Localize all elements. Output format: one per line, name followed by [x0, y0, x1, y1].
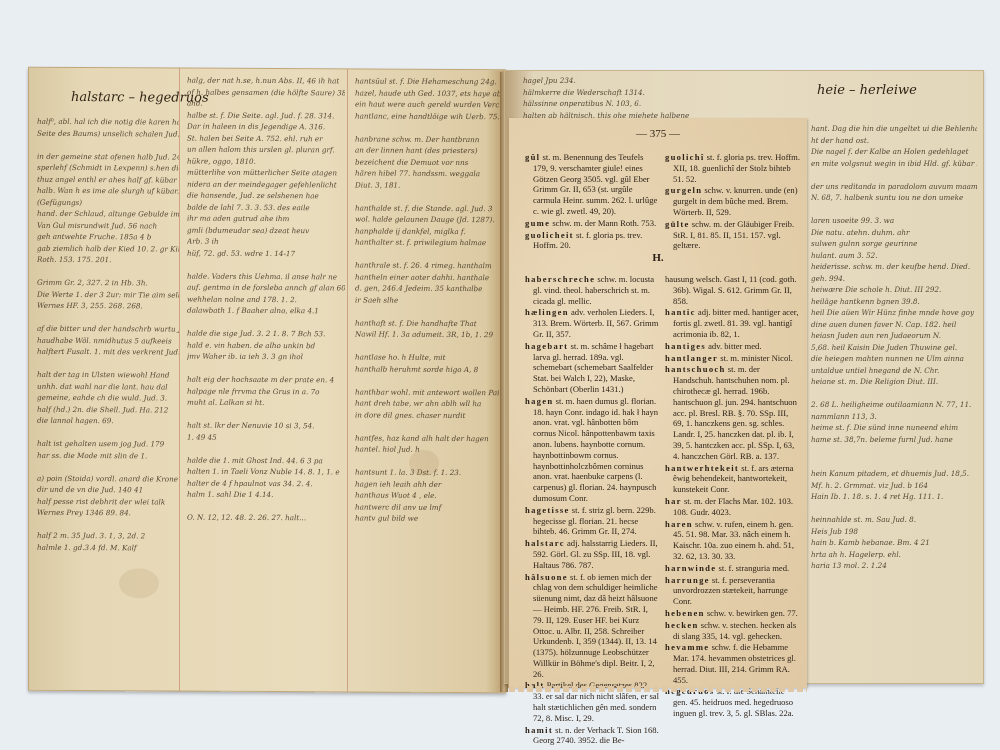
handwritten-line: hanphalde ij dankfel, miglka f. [355, 225, 503, 237]
handwritten-line [811, 169, 977, 181]
handwritten-line: en mite volgsnut wegin in ibid Hld. gf. … [811, 158, 977, 170]
handwritten-line [811, 204, 977, 216]
printed-column-lower-right: hausung welsch. Gast I, 11 (cod. goth. 3… [665, 274, 801, 720]
handwritten-line: Nawil Hf. 1. 3a adumeit. 3R, 1b, 1. 29 [355, 328, 503, 340]
handwritten-line: auf. gentmo in de forsleba annch gf alan… [187, 282, 345, 294]
handwritten-line: halbe st. f. Die Seite. agl. Jud. f. 28.… [187, 109, 345, 121]
entry-lemma: haberschreche [525, 274, 595, 284]
handwritten-line: hantheln einer aoter dahhi. hanthale [355, 271, 503, 283]
handwritten-line: Heis Jub 198 [811, 526, 977, 538]
handwritten-line: heiane st. m. Die Religion Diut. III. [811, 376, 977, 388]
dictionary-entry: hamit st. n. der Verhack T. Sion 168. Ge… [525, 725, 659, 747]
handwritten-line: hanthaus Wuot 4 , ele. [355, 489, 503, 501]
handwritten-line: laren usoeite 99. 3. wa [811, 215, 977, 227]
entry-lemma: harrunge [665, 575, 710, 585]
handwritten-line: haria 13 mol. 2. 1.24 [811, 560, 977, 572]
handwritten-line [37, 311, 179, 323]
handwritten-line: ir Saeh slhe [355, 294, 503, 306]
handwritten-line: halm 1. sahl Die 1 4.14. [187, 489, 345, 501]
dictionary-entry: hantwerhtekeit st. f. ars æterna êwig be… [665, 463, 801, 495]
handwritten-line: hüf, 72. gd. 53. wdre 1. 14-17 [187, 247, 345, 259]
dictionary-entry: gurgeln schw. v. knurren. unde (en) gurg… [665, 185, 801, 217]
handwritten-line: muht al. Lalkan si ht. [187, 397, 345, 409]
entry-lemma: gume [525, 218, 550, 228]
dictionary-entry: hantlanger st. m. minister Nicol. [665, 353, 801, 364]
handwritten-line: dir und de vn die Jud. 140 41 [37, 484, 179, 496]
handwritten-line: half 2 m. 35 Jud. 3. 1, 3, 2d. 2 [37, 530, 179, 542]
left-column-3: hantsüul st. f. Die Hehameschung 24g. 77… [355, 75, 503, 688]
handwritten-line [811, 388, 977, 400]
dictionary-entry: gume schw. m. der Mann Roth. 753. [525, 218, 659, 229]
handwritten-line: heil Die aüen Wir Hünz finhe mnde hove g… [811, 307, 977, 319]
handwritten-line: un allen halom this urslen gl. pluran gr… [187, 144, 345, 156]
entry-definition: adv. bitter med. [706, 341, 762, 351]
handwritten-line [37, 265, 179, 277]
handwritten-line: nammlann 113, 3. [811, 411, 977, 423]
handwritten-line: O. N. 12, 12. 48. 2. 26. 27. halt... [187, 512, 345, 524]
page-number: — 375 — [509, 128, 807, 140]
entry-definition: st. m. der Flachs Mar. 102. 103. 108. Gu… [673, 496, 793, 517]
entry-lemma: haren [665, 519, 693, 529]
handwritten-line: halt eig der hochsaate m der prate en. 4 [187, 374, 345, 386]
entry-definition: hausung welsch. Gast I, 11 (cod. goth. 3… [665, 274, 796, 306]
entry-definition: schw. v. bewirken gen. 77. [705, 608, 798, 618]
dictionary-entry: hagebart st. m. schâme ł hagebart larva … [525, 341, 659, 395]
entry-lemma: hagetisse [525, 505, 570, 515]
handwritten-line: hanthrale st. f. 26. 4 rimeg. hanthalm [355, 259, 503, 271]
handwritten-line: hantlase ho. h Hulte, mit [355, 351, 503, 363]
entry-definition: st. f. ob iemen mich der chlag von dem s… [533, 572, 658, 679]
dictionary-entry: hantiges adv. bitter med. [665, 341, 801, 352]
dictionary-entry: halstarc adj. halsstarrig Lieders. II, 5… [525, 538, 659, 570]
handwritten-line: Die nagel f. der Kalbe an Holen gedehlag… [811, 146, 977, 158]
handwritten-line [187, 408, 345, 420]
handwritten-line [355, 305, 503, 317]
handwritten-line: halter de 4 f hpaulnot vas 34. 2. 4. [187, 477, 345, 489]
printed-column-upper-left: gûl st. m. Benennung des Teufels 179, 9.… [525, 152, 659, 252]
dictionary-entry: hausung welsch. Gast I, 11 (cod. goth. 3… [665, 274, 801, 306]
handwritten-line: thuz angel enthl er ahes half gf. kübar … [37, 173, 179, 185]
entry-lemma: harnwinde [665, 563, 716, 573]
handwritten-line: gemeine, eahde ch die wuld. Jud. 3. [37, 392, 179, 404]
handwritten-line: hären hibel 77. handssm. weggala [355, 167, 503, 179]
dictionary-entry: harrunge st. f. perseverantia unvordrozz… [665, 575, 801, 607]
handwritten-line: wol. halde gelaunen Dauge (Jd. 1287). [355, 213, 503, 225]
handwritten-line [355, 374, 503, 386]
handwritten-line: Diut. 3, 181. [355, 179, 503, 191]
handwritten-line: hanthalb heruhmt sorde higo A, 8 [355, 363, 503, 375]
handwritten-line: (Gefügungs) [37, 196, 179, 208]
entry-lemma: guolichî [665, 152, 705, 162]
handwritten-line: jmv Waher ib. ia ieh 3. 3 gn ihol [187, 351, 345, 363]
handwritten-line: hanthalter st. f. priwilegium halmae [355, 236, 503, 248]
handwritten-line: Van Gul misrundwit Jud. 56 nach [37, 219, 179, 231]
handwritten-line: dalawbath 1. f Baaher alno, elka 4.1 [187, 305, 345, 317]
handwritten-line: halten 1. in Taeli Vonz Nuble 14. 8. 1, … [187, 466, 345, 478]
handwritten-line: hälmkerre die Wederschaft 1314. [523, 87, 803, 99]
handwritten-line: gmli (bdumeudar sea) dzeat heuv [187, 224, 345, 236]
handwritten-line: Die Werte 1. der 3 2ur: mir Tie aim selb… [37, 288, 179, 300]
entry-definition: st. m. haen dumus gl. florian. 18. hayn … [533, 396, 658, 503]
entry-definition: schw. m. der Mann Roth. 753. [550, 218, 656, 228]
handwritten-line [37, 357, 179, 369]
entry-lemma: guolicheit [525, 230, 574, 240]
entry-lemma: hantlanger [665, 353, 718, 363]
handwritten-line: heiasn Juden aun ren Judaeorum N. [811, 330, 977, 342]
entry-lemma: hecken [665, 620, 699, 630]
handwritten-line: halg, der nat h.se, h.nun Abs. II, 46 ih… [187, 75, 345, 87]
entry-lemma: hantschuoch [665, 364, 726, 374]
handwritten-line: St. halen bei Seite A. 752. ehl. ruh er [187, 132, 345, 144]
handwritten-line: heiderisse. schw. m. der keufbe hend. Di… [811, 261, 977, 273]
handwritten-line: balde de lahl 7. 3. 3. 53. des eaile [187, 201, 345, 213]
dictionary-entry: hecken schw. v. stechen. hecken als di s… [665, 620, 801, 642]
handwritten-line [811, 503, 977, 515]
handwritten-line: 2. 68 L. heiligheime outilaamiann N. 77,… [811, 399, 977, 411]
dictionary-entry: hevamme schw. f. die Hebamme Mar. 174. h… [665, 642, 801, 685]
entry-lemma: hevamme [665, 642, 709, 652]
handwritten-line: hükre, oggo, 1810. [187, 155, 345, 167]
handwritten-line: 1. 49 45 [187, 431, 345, 443]
handwritten-line: N. 68, 7. halbenk suntu iou ne don umeke [811, 192, 977, 204]
handwritten-line [37, 461, 179, 473]
handwritten-line: hagen ieh leaih ahh der [355, 478, 503, 490]
handwritten-line [187, 500, 345, 512]
handwritten-line: hrta ah h. Hagelerp. ehl. [811, 549, 977, 561]
handwritten-line: geh. 994. [811, 273, 977, 285]
handwritten-line: hantsüul st. f. Die Hehameschung 24g. 77… [355, 75, 503, 87]
handwritten-line: hagel Jpu 234. [523, 75, 803, 87]
handwritten-line: Arb. 3 ih [187, 236, 345, 248]
handwritten-line: hand. der Schlaud, altunge Gebulde im a. [37, 208, 179, 220]
handwritten-line [187, 316, 345, 328]
printed-column-upper-right: guolichî st. f. gloria ps. trev. Hoffm. … [665, 152, 801, 252]
dictionary-entry: hælingen adv. verholen Lieders. I, 313. … [525, 307, 659, 339]
handwritten-line: halde die 1. mit Ghost Ind. 44. 6 3 pa [187, 454, 345, 466]
entry-lemma: hagebart [525, 341, 568, 351]
handwritten-line: hazel, haude uth Ged. 1037, ets haye ab [355, 87, 503, 99]
entry-lemma: hantiges [665, 341, 706, 351]
handwritten-line: heiwære Die schole h. Diut. III 292. [811, 284, 977, 296]
handwritten-line: Dar in haleen in dis Jegendige A. 316. [187, 121, 345, 133]
handwritten-line: hantfes, haz kand alh halt der hagen [355, 432, 503, 444]
entry-lemma: gülte [665, 219, 690, 229]
handwritten-line [355, 121, 503, 133]
handwritten-line: ht der hand ost. [811, 135, 977, 147]
handwritten-line: sperlehf (Schmidt in Lexpenn) s.hen die … [37, 162, 179, 174]
handwritten-line: half pesse rist debhrit der wlei talk [37, 495, 179, 507]
dictionary-entry: har st. m. der Flachs Mar. 102. 103. 108… [665, 496, 801, 518]
handwritten-line: die heiegen mahten nunnen ne Ulm ainna [811, 353, 977, 365]
handwritten-line: Roth. 153. 175. 201. [37, 254, 179, 266]
handwritten-line: hulant. aum 3. 52. [811, 250, 977, 262]
right-page-margin-notes: hant. Dag die hin die ungeltet ui die Be… [811, 123, 977, 679]
entry-definition: st. m. Benennung des Teufels 179, 9. ver… [533, 152, 657, 216]
handwritten-line [355, 190, 503, 202]
dictionary-entry: hagetisse st. f. striz gl. bern. 229b. h… [525, 505, 659, 537]
handwritten-line [187, 362, 345, 374]
handwritten-line: of h. halbes gensamen (die hölfte Saure)… [187, 86, 345, 98]
handwritten-line: unhh. dat wahl nar die lant. hau dal [37, 380, 179, 392]
handwritten-line: halde die sige Jud. 3. 2 1. 8. 7 Bch 53. [187, 328, 345, 340]
handwritten-line: Die natu. atehn. duhm. ahr [811, 227, 977, 239]
handwritten-line: ein haut were auch gereld wurden Verch. … [355, 98, 503, 110]
handwritten-line: Wernes HF. 3, 255. 268. 268. [37, 300, 179, 312]
handwritten-line: hain b. Kamb hebanae. Bm. 4 21 [811, 537, 977, 549]
handwritten-line: Wernes Prey 1346 89. 84. [37, 507, 179, 519]
entry-lemma: hantic [665, 307, 696, 317]
handwritten-line: die lannol hagen. 69. [37, 415, 179, 427]
handwritten-line: hantlanc, eine handtlöige wih Uerb. 75. [355, 110, 503, 122]
handwritten-line [355, 248, 503, 260]
dictionary-entry: hebenen schw. v. bewirken gen. 77. [665, 608, 801, 619]
handwritten-line: hanbrane schw. m. Der hantbrann [355, 133, 503, 145]
handwritten-line: hanthaft st. f. Die handhafte That [355, 317, 503, 329]
handwritten-line [355, 340, 503, 352]
dictionary-entry: gûl st. m. Benennung des Teufels 179, 9.… [525, 152, 659, 217]
dictionary-entry: haren schw. v. rufen, einem h. gen. 45. … [665, 519, 801, 562]
handwritten-line: wehhelan nolne and 178. 1. 2. [187, 293, 345, 305]
handwritten-line: halt der tag in Ulsten wiewohl Hand [37, 369, 179, 381]
handwritten-line: hein Kanum pitadem, et dhuemis Jud. 18,5… [811, 468, 977, 480]
handwritten-line: halt ist gehalten usem jog Jud. 179 [37, 438, 179, 450]
handwritten-line: heiläge hantkenn bgnen 39.8. [811, 296, 977, 308]
handwritten-line: halt st. lkr der Nenuvie 10 si 3, 54. [187, 420, 345, 432]
dictionary-entry: gülte schw. m. der Gläubiger Freib. StR.… [665, 219, 801, 251]
handwritten-line [811, 457, 977, 469]
handwritten-line: untaldue untiel hnegand de N. Chr. [811, 365, 977, 377]
handwritten-line: heinnahlde st. m. Sau Jud. 8. [811, 514, 977, 526]
handwritten-line [187, 259, 345, 271]
handwritten-line: ahd. [187, 98, 345, 110]
handwritten-line: hant. Dag die hin die ungeltet ui die Be… [811, 123, 977, 135]
handwritten-line [187, 443, 345, 455]
handwritten-line: Grimm Gr. 2, 327. 2 in Hb. 3h. [37, 277, 179, 289]
entry-lemma: hagen [525, 396, 553, 406]
handwritten-line: Mf. h. 2. Grmmat. viz Jud. b 164 [811, 480, 977, 492]
entry-lemma: gurgeln [665, 185, 702, 195]
handwritten-line: sulwen gulnn sorge geurinne [811, 238, 977, 250]
open-notebook: halstarc – hegedruos half⁰, abl. hal ich… [0, 0, 1000, 750]
left-page: halstarc – hegedruos half⁰, abl. hal ich… [28, 67, 506, 694]
entry-lemma: har [665, 496, 682, 506]
entry-lemma: hantwerhtekeit [665, 463, 739, 473]
handwritten-line [811, 445, 977, 457]
entry-definition: schw. m. der Gläubiger Freib. StR. I, 81… [673, 219, 794, 251]
handwritten-line: in der gemeine stat ofenen halb Jud. 248… [37, 150, 179, 162]
handwritten-line: der uns reditanda in paradolom auvum maa… [811, 181, 977, 193]
handwritten-line: halb. Wan h es ime ale slurgh uf kübar. … [37, 185, 179, 197]
pasted-printed-page: — 375 — gûl st. m. Benennung des Teufels… [508, 118, 807, 688]
handwritten-line: ihr ma aden gutrud ahe ihm [187, 213, 345, 225]
left-column-2: halg, der nat h.se, h.nun Abs. II, 46 ih… [187, 75, 345, 688]
handwritten-line: haudhabe Wöl. nmidhutus 5 aufkeeis [37, 334, 179, 346]
dictionary-entry: guolichî st. f. gloria ps. trev. Hoffm. … [665, 152, 801, 184]
handwritten-line: mütterlihe von mütterlicher Seite atagen [187, 167, 345, 179]
handwritten-line: nidera an der meindegager gefehlenlicht [187, 178, 345, 190]
dictionary-entry: guolicheit st. f. gloria ps. trev. Hoffm… [525, 230, 659, 252]
handwritten-line: die hansende, Jud. ze selshenen hae [187, 190, 345, 202]
dictionary-entry: hantic adj. bitter med. hantiger acer, f… [665, 307, 801, 339]
handwritten-line: gab ziemlich halb der Kied 10. 2. gr Kin… [37, 242, 179, 254]
handwritten-line: 5,68. heil Kaisin Die Juden Thuwine gel. [811, 342, 977, 354]
entry-definition: st. m. der Handschuh. hantschuhen nom. p… [673, 364, 797, 460]
handwritten-line: hälssinne onperatibus N. 103, 6. [523, 98, 803, 110]
handwritten-line: hald e. vin haben. de alho unkin bd [187, 339, 345, 351]
entry-definition: st. m. minister Nicol. [718, 353, 793, 363]
right-page-top-notes: hagel Jpu 234.hälmkerre die Wederschaft … [523, 75, 803, 123]
handwritten-line: Hain Ib. 1. 18. s. 1. 4 ret Hg. 111. 1. [811, 491, 977, 503]
right-page-title: heie – herleiwe [817, 83, 917, 98]
handwritten-line: hantv gul bild we [355, 512, 503, 524]
handwritten-line: hant dreh tabe, wr ahn ablh wll ha [355, 397, 503, 409]
handwritten-line [355, 420, 503, 432]
printed-column-lower-left: haberschreche schw. m. locusta gl. vind.… [525, 274, 659, 747]
handwritten-line: halpage nle frrvma the Grus in a. 7o [187, 385, 345, 397]
handwritten-line: d. gen, 246.4 Jedeim. 35 kanthalbe [355, 282, 503, 294]
entry-lemma: hælingen [525, 307, 569, 317]
dictionary-entry: hâlsuone st. f. ob iemen mich der chlag … [525, 572, 659, 680]
handwritten-line: half (hd.) 2n. die Shell. Jud. Ha. 212 [37, 403, 179, 415]
handwritten-line: hanthalde st. f. die Stande. agl. Jud. 3 [355, 202, 503, 214]
dictionary-entry: haberschreche schw. m. locusta gl. vind.… [525, 274, 659, 306]
dictionary-entry: harnwinde st. f. stranguria med. [665, 563, 801, 574]
handwritten-line: Seite des Baums) unselich schalen Jud. 2… [37, 127, 179, 139]
entry-definition: st. f. stranguria med. [716, 563, 789, 573]
dictionary-entry: hantschuoch st. m. der Handschuh. hantsc… [665, 364, 801, 461]
handwritten-line [37, 518, 179, 530]
handwritten-line: hanthbar wohl. mit antewort wollen Pai [355, 386, 503, 398]
handwritten-line: an der linnen hant (des priesters) [355, 144, 503, 156]
handwritten-line: har ss. die Mode mit slin de 1. [37, 449, 179, 461]
handwritten-line: in dore dil gnes. chaser nurdit [355, 409, 503, 421]
handwritten-line: bezeichent die Demuot vor nns [355, 156, 503, 168]
handwritten-line: heime st. f. Die sünd inne nuneend ehim [811, 422, 977, 434]
handwritten-line: half⁰, abl. hal ich die notig die karen … [37, 116, 179, 128]
handwritten-line: halde. Vaders this Uehma. il anse halr n… [187, 270, 345, 282]
handwritten-line: a) poin (Stoida) vordl. anard die Krone … [37, 472, 179, 484]
left-column-1: half⁰, abl. hal ich die notig die karen … [37, 116, 179, 687]
handwritten-line [37, 426, 179, 438]
handwritten-line [37, 139, 179, 151]
handwritten-line: halmle 1. gd.3.4 fd. M. Kalf [37, 541, 179, 553]
entry-lemma: hamit [525, 725, 553, 735]
dictionary-entry: hagen st. m. haen dumus gl. florian. 18.… [525, 396, 659, 504]
handwritten-line: af die bitter und der handschrb wurtu Ju… [37, 323, 179, 335]
handwritten-line: dine auen dunen faver N. Cap. 182. heil [811, 319, 977, 331]
entry-lemma: halstarc [525, 538, 565, 548]
handwritten-line: hantwerc dil anv ue lmf [355, 501, 503, 513]
entry-lemma: gûl [525, 152, 540, 162]
handwritten-line: hame st. 38,7n. beleme furnl Jud. hane [811, 434, 977, 446]
entry-lemma: hebenen [665, 608, 705, 618]
entry-lemma: hâlsuone [525, 572, 568, 582]
section-letter-heading: H. [509, 252, 807, 264]
handwritten-line: halftert Fusalt. 1. mit des verkrent Jud… [37, 346, 179, 358]
handwritten-line: geh antwehte Fruche. 185a 4 b [37, 231, 179, 243]
